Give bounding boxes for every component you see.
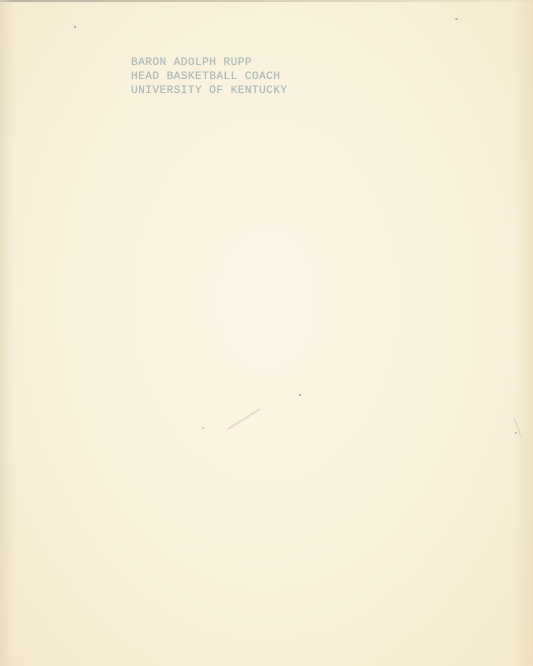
paper-speck [455, 18, 458, 20]
paper-speck [202, 427, 204, 429]
letterhead: BARON ADOLPH RUPP HEAD BASKETBALL COACH … [131, 56, 288, 99]
letterhead-institution: UNIVERSITY OF KENTUCKY [131, 84, 288, 98]
paper-crease-mark [227, 408, 260, 430]
letterhead-title: HEAD BASKETBALL COACH [131, 70, 288, 84]
document-page: BARON ADOLPH RUPP HEAD BASKETBALL COACH … [0, 0, 533, 666]
paper-speck [299, 394, 301, 396]
paper-top-edge [0, 0, 533, 2]
letterhead-name: BARON ADOLPH RUPP [131, 56, 288, 70]
paper-right-edge-shading [515, 0, 533, 666]
paper-left-edge-shading [0, 0, 14, 666]
paper-speck [74, 26, 76, 28]
